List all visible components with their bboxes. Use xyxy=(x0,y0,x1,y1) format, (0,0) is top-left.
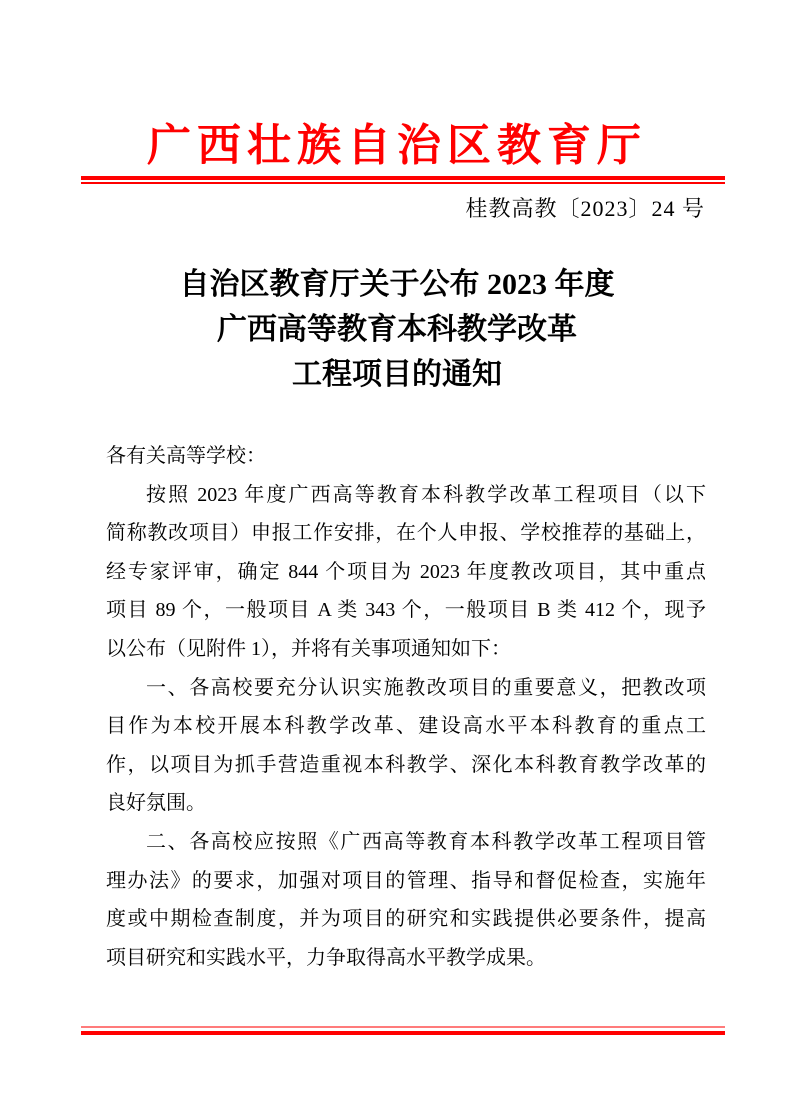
footer-red-rule xyxy=(81,1026,725,1035)
body-line-item-two: 二、各高校应按照《广西高等教育本科教学改革工程项目管 xyxy=(106,823,706,862)
body-line: 按照 2023 年度广西高等教育本科教学改革工程项目（以下 xyxy=(106,476,706,515)
document-title-line-2: 广西高等教育本科教学改革 xyxy=(0,307,794,352)
body-line: 理办法》的要求，加强对项目的管理、指导和督促检查，实施年 xyxy=(106,862,706,901)
issuing-org-name: 广西壮族自治区教育厅 xyxy=(0,109,794,173)
body-line: 目作为本校开展本科教学改革、建设高水平本科教育的重点工 xyxy=(106,707,706,746)
body-line: 作，以项目为抓手营造重视本科教学、深化本科教育教学改革的 xyxy=(106,746,706,785)
document-title: 自治区教育厅关于公布 2023 年度 广西高等教育本科教学改革 工程项目的通知 xyxy=(0,262,794,397)
body-line-item-one: 一、各高校要充分认识实施教改项目的重要意义，把教改项 xyxy=(106,669,706,708)
document-title-line-3: 工程项目的通知 xyxy=(0,352,794,397)
document-body: 各有关高等学校： 按照 2023 年度广西高等教育本科教学改革工程项目（以下 简… xyxy=(106,437,706,977)
body-line: 经专家评审，确定 844 个项目为 2023 年度教改项目，其中重点 xyxy=(106,553,706,592)
body-line: 项目研究和实践水平，力争取得高水平教学成果。 xyxy=(106,939,706,978)
header-red-rule xyxy=(81,176,725,184)
body-line: 度或中期检查制度，并为项目的研究和实践提供必要条件，提高 xyxy=(106,900,706,939)
document-title-line-1: 自治区教育厅关于公布 2023 年度 xyxy=(0,262,794,307)
salutation-line: 各有关高等学校： xyxy=(106,437,706,476)
document-number: 桂教高教〔2023〕24 号 xyxy=(465,192,705,223)
body-line: 简称教改项目）申报工作安排，在个人申报、学校推荐的基础上， xyxy=(106,514,706,553)
body-line: 良好氛围。 xyxy=(106,784,706,823)
body-line: 以公布（见附件 1），并将有关事项通知如下： xyxy=(106,630,706,669)
body-line: 项目 89 个，一般项目 A 类 343 个，一般项目 B 类 412 个，现予 xyxy=(106,591,706,630)
document-page: 广西壮族自治区教育厅 桂教高教〔2023〕24 号 自治区教育厅关于公布 202… xyxy=(0,0,794,1108)
